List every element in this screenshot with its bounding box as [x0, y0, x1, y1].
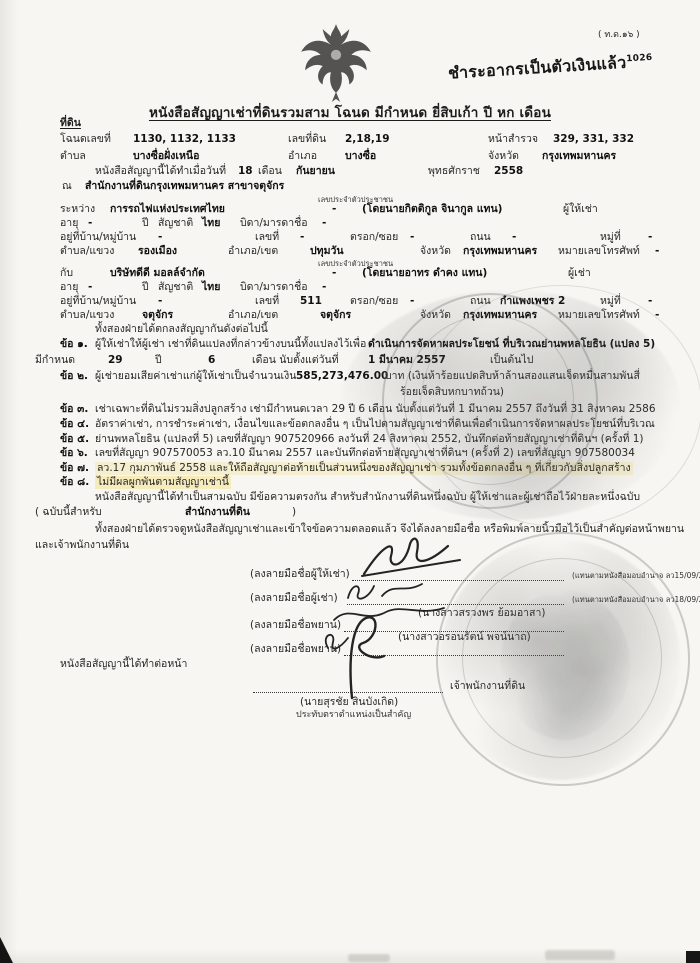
month-label: เดือน — [258, 165, 282, 178]
clause-4: ข้อ ๔. อัตราค่าเช่า, การชำระค่าเช่า, เงื… — [0, 418, 700, 432]
home-value: - — [158, 231, 162, 244]
road-value: กำแพงเพชร 2 — [500, 295, 565, 308]
lessee-name-row: กับ บริษัทดีดี มอลล์จำกัด - (โดยนายอาทร … — [0, 267, 700, 281]
made-day-value: 18 — [238, 165, 253, 178]
parents-label: บิดา/มารดาชื่อ — [240, 281, 308, 294]
duration-row: มีกำหนด 29 ปี 6 เดือน นับตั้งแต่วันที่ 1… — [0, 354, 700, 368]
clause-2-text: ผู้เช่ายอมเสียค่าเช่าแก่ผู้ให้เช่าเป็นจำ… — [95, 370, 296, 383]
road-value: - — [512, 231, 516, 244]
made-month-value: กันยายน — [296, 165, 335, 178]
form-code: ( ท.ด.๑๖ ) — [598, 27, 640, 41]
duration-years-unit: ปี — [155, 354, 162, 367]
officer-signature-line — [253, 680, 443, 693]
garuda-emblem-icon — [296, 20, 376, 104]
scan-corner-artifact-right — [686, 951, 700, 963]
with-label: กับ — [60, 267, 73, 280]
between-label: ระหว่าง — [60, 203, 95, 216]
scan-smudge-1 — [348, 954, 390, 962]
lessee-signature-label: (ลงลายมือชื่อผู้เช่า) — [250, 592, 338, 605]
age-unit-label: ปี — [142, 217, 149, 230]
lessee-representative: (โดยนายอาทร ดำคง แทน) — [362, 267, 487, 280]
soi-value: - — [410, 231, 414, 244]
moo-value: - — [648, 231, 652, 244]
deed-number-label: โฉนดเลขที่ — [60, 133, 111, 146]
rent-amount-value: 585,273,476.00 — [296, 370, 388, 383]
house-no-label: เลขที่ — [255, 231, 279, 244]
reviewed-statement-2: และเจ้าพนักงานที่ดิน — [35, 539, 129, 552]
copy-for-close: ) — [292, 506, 296, 519]
land-location-row: ตำบล บางซื่อฝั่งเหนือ อำเภอ บางซื่อ จังห… — [0, 150, 700, 164]
made-on-label: หนังสือสัญญานี้ได้ทำเมื่อวันที่ — [95, 165, 226, 178]
parents-label: บิดา/มารดาชื่อ — [240, 217, 308, 230]
parents-value: - — [322, 281, 326, 294]
duration-onwards: เป็นต้นไป — [490, 354, 533, 367]
survey-page-value: 329, 331, 332 — [553, 133, 634, 146]
province-label2: จังหวัด — [420, 309, 451, 322]
house-no-label: เลขที่ — [255, 295, 279, 308]
clause-5: ข้อ ๕. ย่านพหลโยธิน (แปลงที่ 5) เลขที่สั… — [0, 433, 700, 447]
survey-page-label: หน้าสำรวจ — [488, 133, 538, 146]
lessor-role-label: ผู้ให้เช่า — [563, 203, 598, 216]
clause-4-label: ข้อ ๔. — [60, 418, 89, 431]
soi-value: - — [410, 295, 414, 308]
road-label: ถนน — [470, 231, 491, 244]
clause-4-text: อัตราค่าเช่า, การชำระค่าเช่า, เงื่อนไขแล… — [95, 418, 655, 431]
subdistrict-value: จตุจักร — [142, 309, 173, 322]
scanned-lease-contract-page: ( ท.ด.๑๖ ) ชำระอากรเป็นตัวเงินแล้ว1026 ห… — [0, 0, 700, 963]
lessor-poa-note: (แทนตามหนังสือมอบอำนาจ ลว15/09/2558) — [572, 569, 700, 582]
agreement-intro: ทั้งสองฝ่ายได้ตกลงสัญญากันดังต่อไปนี้ — [95, 323, 268, 336]
moo-label: หมู่ที่ — [600, 231, 621, 244]
witness-2-signature-label: (ลงลายมือชื่อพยาน) — [250, 643, 341, 656]
parcel-number-value: 2,18,19 — [345, 133, 390, 146]
lessor-address-row: อยู่ที่บ้าน/หมู่บ้าน - เลขที่ - ตรอก/ซอย… — [0, 231, 700, 245]
clause-8-label: ข้อ ๘. — [60, 476, 89, 489]
province-label: จังหวัด — [488, 150, 519, 163]
clause-5-label: ข้อ ๕. — [60, 433, 89, 446]
clause-1-label: ข้อ ๑. — [60, 338, 88, 351]
lessor-age-row: อายุ - ปี สัญชาติ ไทย บิดา/มารดาชื่อ - — [0, 217, 700, 231]
seal-note: ประทับตราตำแหน่งเป็นสำคัญ — [296, 709, 411, 722]
parents-value: - — [322, 217, 326, 230]
clause-2: ข้อ ๒. ผู้เช่ายอมเสียค่าเช่าแก่ผู้ให้เช่… — [0, 370, 700, 384]
lessor-signature-line — [352, 568, 564, 581]
land-office-row: ณ สำนักงานที่ดินกรุงเทพมหานคร สาขาจตุจัก… — [0, 180, 700, 194]
lessee-role-label: ผู้เช่า — [568, 267, 591, 280]
officer-signature-row: เจ้าพนักงานที่ดิน — [0, 680, 700, 694]
age-label: อายุ — [60, 217, 78, 230]
clause-7: ข้อ ๗. ลว.17 กุมภาพันธ์ 2558 และให้ถือสั… — [0, 462, 700, 476]
contract-date-row: หนังสือสัญญานี้ได้ทำเมื่อวันที่ 18 เดือน… — [0, 165, 700, 179]
lessee-signature-row: (ลงลายมือชื่อผู้เช่า) (แทนตามหนังสือมอบอ… — [0, 592, 700, 606]
amphoe-value: บางซื่อ — [345, 150, 376, 163]
clause-1-text: ผู้ให้เช่าให้ผู้เช่า เช่าที่ดินแปลงที่กล… — [95, 338, 366, 351]
nationality-label: สัญชาติ — [158, 217, 193, 230]
clause-6: ข้อ ๖. เลขที่สัญญา 907570053 ลว.10 มีนาค… — [0, 447, 700, 461]
clause-3: ข้อ ๓. เช่าเฉพาะที่ดินไม่รวมสิ่งปลูกสร้า… — [0, 403, 700, 417]
lessee-age-row: อายุ - ปี สัญชาติ ไทย บิดา/มารดาชื่อ - — [0, 281, 700, 295]
lessor-signature-label: (ลงลายมือชื่อผู้ให้เช่า) — [250, 568, 350, 581]
nationality-value: ไทย — [202, 281, 220, 294]
land-office-name: สำนักงานที่ดินกรุงเทพมหานคร สาขาจตุจักร — [85, 180, 284, 193]
clause-6-text: เลขที่สัญญา 907570053 ลว.10 มีนาคม 2557 … — [95, 447, 635, 460]
copy-for-office: สำนักงานที่ดิน — [185, 506, 250, 519]
officer-printed-name: (นายสุรชัย สินบังเกิด) — [300, 696, 398, 709]
rent-amount-words-1: บาท (เงินห้าร้อยแปดสิบห้าล้านสองแสนเจ็ดห… — [385, 370, 640, 383]
duration-start-date: 1 มีนาคม 2557 — [368, 354, 446, 367]
clause-8-text: ไม่มีผลผูกพันตามสัญญาเช่านี้ — [95, 476, 231, 489]
tambon-value: บางซื่อฝั่งเหนือ — [133, 150, 199, 163]
lessee-name: บริษัทดีดี มอลล์จำกัด — [110, 267, 205, 280]
lessor-id-value: - — [332, 203, 336, 216]
home-value: - — [158, 295, 162, 308]
soi-label: ตรอก/ซอย — [350, 231, 398, 244]
clause-7-label: ข้อ ๗. — [60, 462, 89, 475]
made-year-value: 2558 — [494, 165, 523, 178]
duration-years: 29 — [108, 354, 123, 367]
nationality-label: สัญชาติ — [158, 281, 193, 294]
reviewed-statement-1: ทั้งสองฝ่ายได้ตรวจดูหนังสือสัญญาเช่าและเ… — [95, 523, 684, 536]
clause-3-label: ข้อ ๓. — [60, 403, 88, 416]
clause-2-label: ข้อ ๒. — [60, 370, 88, 383]
rent-amount-words-2: ร้อยเจ็ดสิบหกบาทถ้วน) — [400, 386, 504, 399]
lessee-poa-note: (แทนตามหนังสือมอบอำนาจ ลว18/09/2558) — [572, 593, 700, 606]
house-no-value: - — [300, 231, 304, 244]
soi-label: ตรอก/ซอย — [350, 295, 398, 308]
lessor-representative: (โดยนายกิตติกูล จินากูล แทน) — [362, 203, 502, 216]
age-value: - — [88, 217, 92, 230]
district-value: จตุจักร — [320, 309, 351, 322]
made-before-statement: หนังสือสัญญานี้ได้ทำต่อหน้า — [60, 658, 187, 671]
clause-6-label: ข้อ ๖. — [60, 447, 88, 460]
lessor-name: การรถไฟแห่งประเทศไทย — [110, 203, 225, 216]
amphoe-label: อำเภอ — [288, 150, 317, 163]
copy-for-row: ( ฉบับนี้สำหรับ สำนักงานที่ดิน ) — [0, 506, 700, 520]
scan-corner-artifact-left — [0, 937, 13, 963]
copies-statement: หนังสือสัญญานี้ได้ทำเป็นสามฉบับ มีข้อควา… — [95, 491, 640, 504]
subdistrict-label: ตำบล/แขวง — [60, 309, 114, 322]
deed-number-value: 1130, 1132, 1133 — [133, 133, 236, 146]
clause-1-purpose: ดำเนินการจัดหาผลประโยชน์ ที่บริเวณย่านพห… — [368, 338, 655, 351]
at-label: ณ — [62, 180, 72, 193]
witness-2-signature-line — [344, 643, 564, 656]
tax-paid-stamp-text: ชำระอากรเป็นตัวเงินแล้ว — [448, 53, 627, 83]
phone-value: - — [655, 309, 659, 322]
province-value2: กรุงเทพมหานคร — [463, 309, 537, 322]
duration-label: มีกำหนด — [35, 354, 75, 367]
nationality-value: ไทย — [202, 217, 220, 230]
lessee-id-value: - — [332, 267, 336, 280]
clause-7-text: ลว.17 กุมภาพันธ์ 2558 และให้ถือสัญญาต่อท… — [95, 462, 633, 475]
duration-from-label: เดือน นับตั้งแต่วันที่ — [252, 354, 339, 367]
officer-role-label: เจ้าพนักงานที่ดิน — [450, 680, 525, 693]
clause-3-text: เช่าเฉพาะที่ดินไม่รวมสิ่งปลูกสร้าง เช่าม… — [95, 403, 656, 416]
age-value: - — [88, 281, 92, 294]
age-unit-label: ปี — [142, 281, 149, 294]
lessee-district-row: ตำบล/แขวง จตุจักร อำเภอ/เขต จตุจักร จังห… — [0, 309, 700, 323]
moo-label: หมู่ที่ — [600, 295, 621, 308]
house-no-value: 511 — [300, 295, 322, 308]
home-label: อยู่ที่บ้าน/หมู่บ้าน — [60, 231, 136, 244]
clause-8: ข้อ ๘. ไม่มีผลผูกพันตามสัญญาเช่านี้ — [0, 476, 700, 490]
phone-label: หมายเลขโทรศัพท์ — [558, 309, 640, 322]
clause-5-text: ย่านพหลโยธิน (แปลงที่ 5) เลขที่สัญญา 907… — [95, 433, 644, 446]
copy-for-open: ( ฉบับนี้สำหรับ — [35, 506, 102, 519]
lessor-name-row: ระหว่าง การรถไฟแห่งประเทศไทย - (โดยนายกิ… — [0, 203, 700, 217]
lessee-address-row: อยู่ที่บ้าน/หมู่บ้าน - เลขที่ 511 ตรอก/ซ… — [0, 295, 700, 309]
parcel-number-label: เลขที่ดิน — [288, 133, 326, 146]
moo-value: - — [648, 295, 652, 308]
land-section-label: ที่ดิน — [60, 117, 81, 130]
tax-paid-stamp: ชำระอากรเป็นตัวเงินแล้ว1026 — [447, 46, 698, 86]
age-label: อายุ — [60, 281, 78, 294]
road-label: ถนน — [470, 295, 491, 308]
witness-2-signature-row: (ลงลายมือชื่อพยาน) — [0, 643, 700, 657]
district-label: อำเภอ/เขต — [228, 309, 278, 322]
era-label: พุทธศักราช — [428, 165, 480, 178]
duration-months: 6 — [208, 354, 215, 367]
province-value: กรุงเทพมหานคร — [542, 150, 616, 163]
tambon-label: ตำบล — [60, 150, 86, 163]
land-deed-row: โฉนดเลขที่ 1130, 1132, 1133 เลขที่ดิน 2,… — [0, 133, 700, 147]
home-label: อยู่ที่บ้าน/หมู่บ้าน — [60, 295, 136, 308]
lessee-signature-line — [347, 592, 564, 605]
tax-paid-stamp-number: 1026 — [626, 53, 653, 65]
clause-1: ข้อ ๑. ผู้ให้เช่าให้ผู้เช่า เช่าที่ดินแป… — [0, 338, 700, 352]
lessor-signature-row: (ลงลายมือชื่อผู้ให้เช่า) (แทนตามหนังสือม… — [0, 568, 700, 582]
scan-smudge-2 — [545, 950, 615, 960]
